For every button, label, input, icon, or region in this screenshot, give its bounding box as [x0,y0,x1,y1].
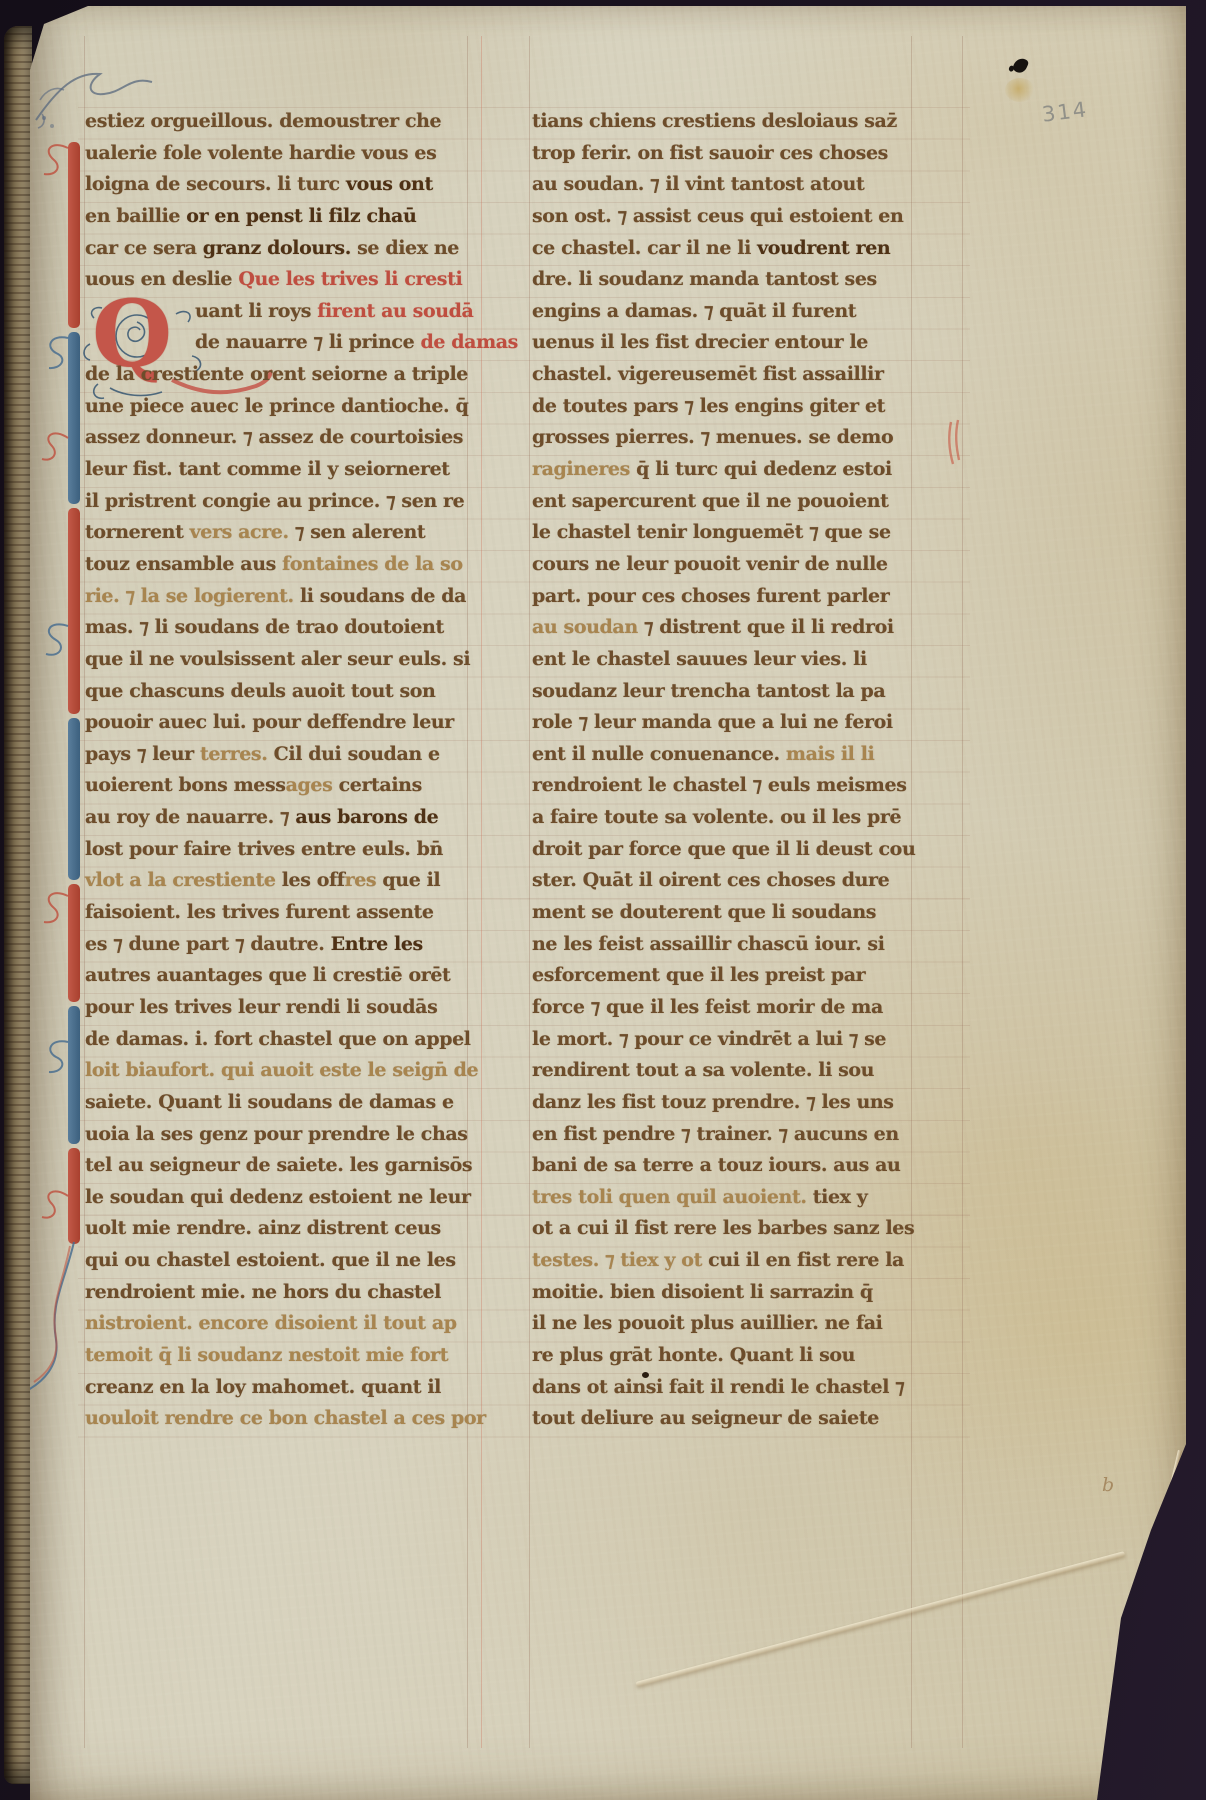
text-line: creanz en la loy mahomet. quant il [85,1372,477,1404]
text-column-b: tians chiens crestiens desloiaus saz̄tro… [532,106,924,1435]
wax-stain [1005,78,1035,102]
text-line: au soudan. ⁊ il vint tantost atout [532,169,924,201]
text-line: uenus il les fist drecier entour le [532,327,924,359]
text-line: de nauarre ⁊ li prince de damas [85,327,477,359]
text-line: une piece auec le prince dantioche. q̄ [85,391,477,423]
text-line: uant li roys firent au soudā [85,296,477,328]
text-line: engins a damas. ⁊ quāt il furent [532,296,924,328]
text-line: en baillie or en penst li filz chaū [85,201,477,233]
text-line: temoit q̄ li soudanz nestoit mie fort [85,1340,477,1372]
ruling-line-col2-left [529,36,530,1748]
text-line: il ne les pouoit plus auillier. ne fai [532,1308,924,1340]
text-line: pays ⁊ leur terres. Cil dui soudan e [85,739,477,771]
text-line: au roy de nauarre. ⁊ aus barons de [85,802,477,834]
text-line: nistroient. encore disoient il tout ap [85,1308,477,1340]
text-line: tel au seigneur de saiete. les garnisōs [85,1150,477,1182]
text-line: saiete. Quant li soudans de damas e [85,1087,477,1119]
text-line: que il ne voulsissent aler seur euls. si [85,644,477,676]
text-line: chastel. vigereusemēt fist assaillir [532,359,924,391]
ink-speck [738,1358,741,1361]
text-line: ent il nulle conuenance. mais il li [532,739,924,771]
text-line: que chascuns deuls auoit tout son [85,676,477,708]
text-line: cours ne leur pouoit venir de nulle [532,549,924,581]
text-line: rendirent tout a sa volente. li sou [532,1055,924,1087]
text-line: le soudan qui dedenz estoient ne leur [85,1182,477,1214]
text-line: trop ferir. on fist sauoir ces choses [532,138,924,170]
text-line: lost pour faire trives entre euls. bn̄ [85,834,477,866]
ink-blot [1012,56,1030,75]
text-line: soudanz leur trencha tantost la pa [532,676,924,708]
text-line: leur fist. tant comme il y seiorneret [85,454,477,486]
text-line: uoia la ses genz pour prendre le chas [85,1119,477,1151]
text-line: estiez orgueillous. demoustrer che [85,106,477,138]
book-gutter-page-edges [4,26,32,1784]
text-line: uous en deslie Que les trives li cresti [85,264,477,296]
text-line: a faire toute sa volente. ou il les prē [532,802,924,834]
text-line: en fist pendre ⁊ trainer. ⁊ aucuns en [532,1119,924,1151]
text-line: esforcement que il les preist par [532,960,924,992]
text-line: qui ou chastel estoient. que il ne les [85,1245,477,1277]
parchment-page: Q estiez orgueillous. demoustrer cheuale… [30,6,1186,1800]
text-line: il pristrent congie au prince. ⁊ sen re [85,486,477,518]
text-line: pour les trives leur rendi li soudās [85,992,477,1024]
text-line: uouloit rendre ce bon chastel a ces por [85,1403,477,1435]
text-line: uolt mie rendre. ainz distrent ceus [85,1213,477,1245]
text-line: le mort. ⁊ pour ce vindrēt a lui ⁊ se [532,1024,924,1056]
text-line: ent sapercurent que il ne pouoient [532,486,924,518]
text-line: role ⁊ leur manda que a lui ne feroi [532,707,924,739]
text-line: part. pour ces choses furent parler [532,581,924,613]
text-line: ce chastel. car il ne li voudrent ren [532,233,924,265]
torn-corner-edge [1098,1450,1182,1798]
red-margin-mark-icon [944,418,966,470]
text-line: droit par force que que il li deust cou [532,834,924,866]
text-line: ne les feist assaillir chascū iour. si [532,929,924,961]
quire-signature: b [1102,1474,1114,1496]
text-line: danz les fist touz prendre. ⁊ les uns [532,1087,924,1119]
text-line: de damas. i. fort chastel que on appel [85,1024,477,1056]
text-line: force ⁊ que il les feist morir de ma [532,992,924,1024]
text-line: assez donneur. ⁊ assez de courtoisies [85,422,477,454]
text-line: dans ot ainsi fait il rendi le chastel ⁊ [532,1372,924,1404]
text-line: grosses pierres. ⁊ menues. se demo [532,422,924,454]
text-line: es ⁊ dune part ⁊ dautre. Entre les [85,929,477,961]
text-line: vlot a la crestiente les offres que il [85,865,477,897]
text-line: moitie. bien disoient li sarrazin q̄ [532,1277,924,1309]
text-line: touz ensamble aus fontaines de la so [85,549,477,581]
text-line: tout deliure au seigneur de saiete [532,1403,924,1435]
text-line: rie. ⁊ la se logierent. li soudans de da [85,581,477,613]
text-line: mas. ⁊ li soudans de trao doutoient [85,612,477,644]
text-line: tres toli quen quil auoient. tiex y [532,1182,924,1214]
text-line: testes. ⁊ tiex y ot cui il en fist rere … [532,1245,924,1277]
ruling-line-intercolumn [481,36,482,1748]
folio-number: 314 [1041,97,1090,126]
text-line: ualerie fole volente hardie vous es [85,138,477,170]
text-line: ragineres q̄ li turc qui dedenz estoi [532,454,924,486]
text-line: uoierent bons messages certains [85,770,477,802]
text-line: re plus grāt honte. Quant li sou [532,1340,924,1372]
text-line: de la crestiente orent seiorne a triple [85,359,477,391]
text-line: au soudan ⁊ distrent que il li redroi [532,612,924,644]
text-line: car ce sera granz dolours. se diex ne [85,233,477,265]
text-line: tornerent vers acre. ⁊ sen alerent [85,517,477,549]
text-line: rendroient mie. ne hors du chastel [85,1277,477,1309]
text-line: son ost. ⁊ assist ceus qui estoient en [532,201,924,233]
text-line: ot a cui il fist rere les barbes sanz le… [532,1213,924,1245]
text-line: loit biaufort. qui auoit este le seign̄ … [85,1055,477,1087]
parchment-crease [635,1551,1125,1687]
text-line: le chastel tenir longuemēt ⁊ que se [532,517,924,549]
text-line: dre. li soudanz manda tantost ses [532,264,924,296]
text-line: autres auantages que li crestiē orēt [85,960,477,992]
ink-speck [642,1372,649,1378]
ruling-line-margin [962,36,963,1748]
text-column-a: estiez orgueillous. demoustrer cheualeri… [85,106,477,1435]
text-line: rendroient le chastel ⁊ euls meismes [532,770,924,802]
text-line: bani de sa terre a touz iours. aus au [532,1150,924,1182]
text-line: faisoient. les trives furent assente [85,897,477,929]
text-line: ster. Quāt il oirent ces choses dure [532,865,924,897]
manuscript-photo: Q estiez orgueillous. demoustrer cheuale… [0,0,1206,1800]
text-line: ent le chastel sauues leur vies. li [532,644,924,676]
text-line: ment se douterent que li soudans [532,897,924,929]
text-line: loigna de secours. li turc vous ont [85,169,477,201]
text-line: de toutes pars ⁊ les engins giter et [532,391,924,423]
text-line: tians chiens crestiens desloiaus saz̄ [532,106,924,138]
text-line: pouoir auec lui. pour deffendre leur [85,707,477,739]
